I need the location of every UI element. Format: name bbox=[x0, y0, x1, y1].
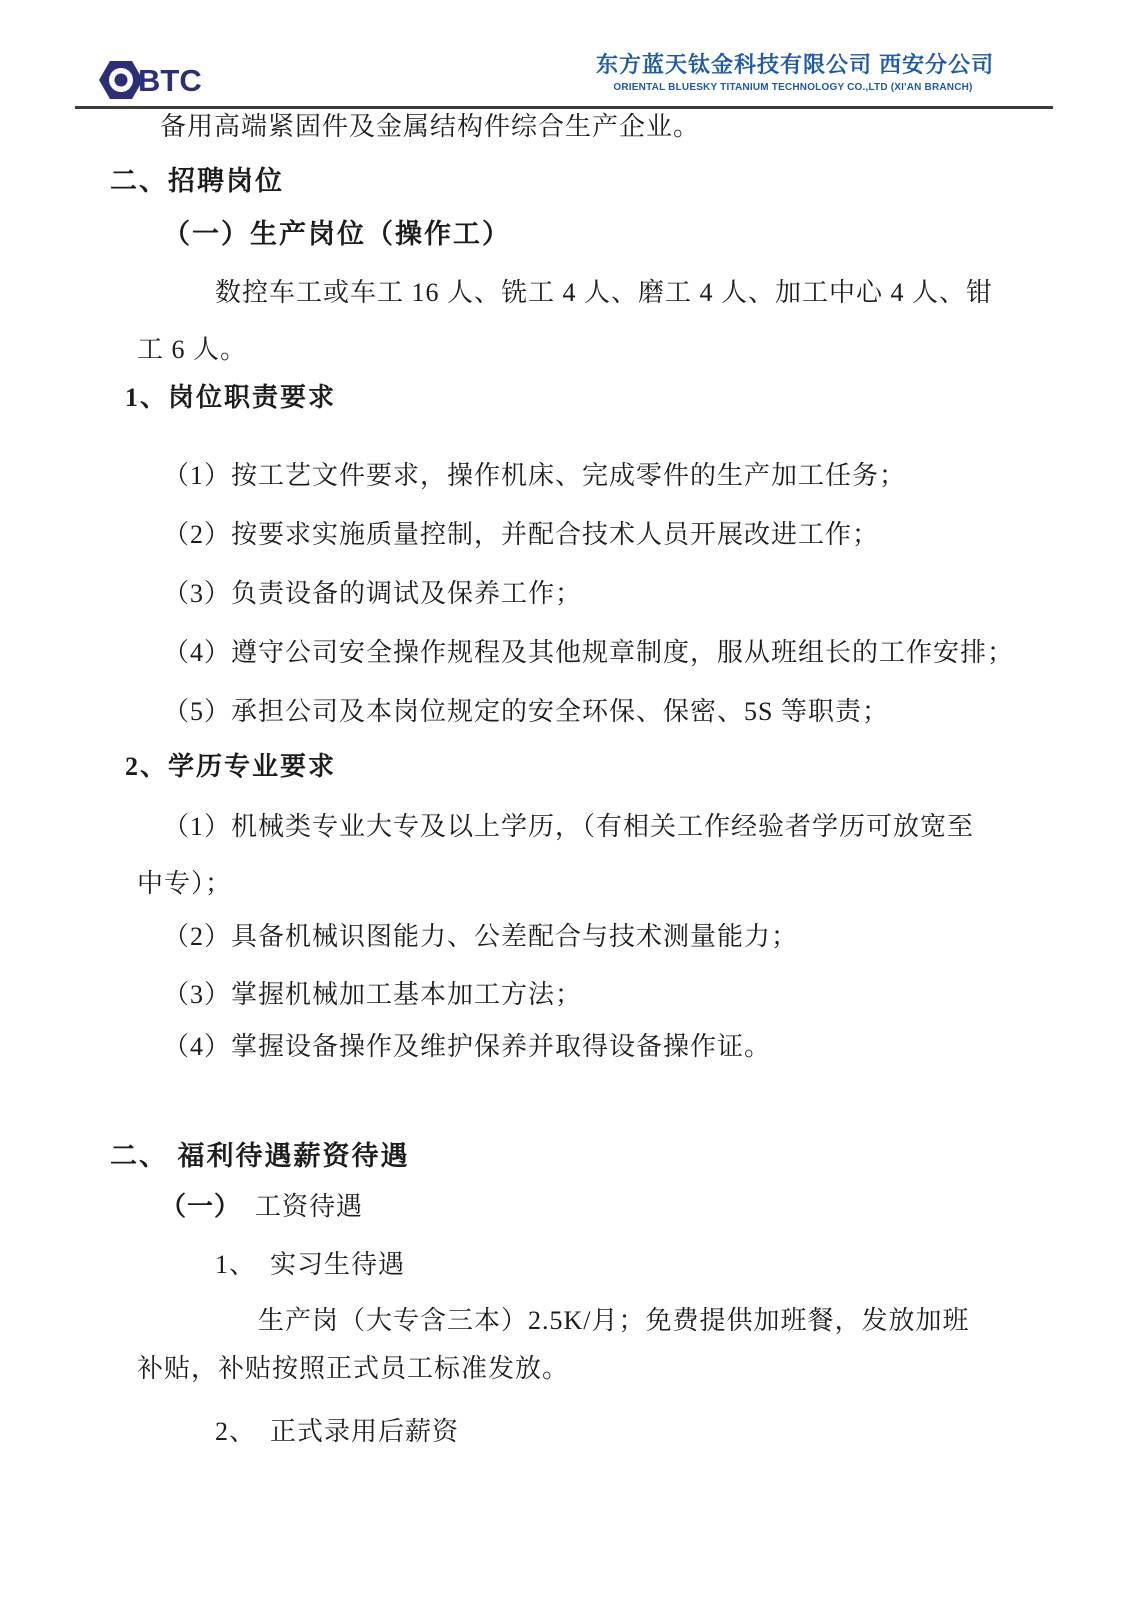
salary-heading-number: （一） bbox=[160, 1192, 228, 1221]
list-item-duty-3: （3）负责设备的调试及保养工作； bbox=[163, 579, 582, 609]
body-line-intern-pay-2: 补贴，补贴按照正式员工标准发放。 bbox=[137, 1354, 569, 1384]
list-item-duty-4: （4）遵守公司安全操作规程及其他规章制度，服从班组长的工作安排； bbox=[163, 638, 1014, 668]
list-item-edu-4: （4）掌握设备操作及维护保养并取得设备操作证。 bbox=[163, 1032, 771, 1062]
subsection-heading-salary: （一） 工资待遇 bbox=[160, 1192, 363, 1222]
intro-line: 备用高端紧固件及金属结构件综合生产企业。 bbox=[160, 112, 700, 142]
company-name-block: 东方蓝天钛金科技有限公司 西安分公司 ORIENTAL BLUESKY TITA… bbox=[596, 52, 990, 94]
body-line-headcount-2: 工 6 人。 bbox=[137, 335, 247, 365]
body-line-intern-pay-1: 生产岗（大专含三本）2.5K/月；免费提供加班餐，发放加班 bbox=[258, 1306, 970, 1336]
list-item-edu-1b: 中专）； bbox=[137, 869, 232, 899]
body-line-headcount-1: 数控车工或车工 16 人、铣工 4 人、磨工 4 人、加工中心 4 人、钳 bbox=[215, 278, 993, 308]
header-divider bbox=[75, 106, 1053, 109]
list-item-edu-1a: （1）机械类专业大专及以上学历，（有相关工作经验者学历可放宽至 bbox=[163, 812, 974, 842]
company-name-cn: 东方蓝天钛金科技有限公司 西安分公司 bbox=[596, 52, 990, 78]
list-item-edu-2: （2）具备机械识图能力、公差配合与技术测量能力； bbox=[163, 922, 798, 952]
document-page: BTC 东方蓝天钛金科技有限公司 西安分公司 ORIENTAL BLUESKY … bbox=[0, 0, 1131, 1600]
company-name-en: ORIENTAL BLUESKY TITANIUM TECHNOLOGY CO.… bbox=[596, 81, 990, 94]
salary-heading-label: 工资待遇 bbox=[228, 1192, 363, 1221]
section-heading-benefits: 二、 福利待遇薪资待遇 bbox=[110, 1141, 410, 1172]
heading-duties: 1、岗位职责要求 bbox=[125, 383, 336, 413]
heading-formal-salary: 2、 正式录用后薪资 bbox=[215, 1417, 459, 1447]
heading-education: 2、学历专业要求 bbox=[125, 752, 336, 782]
list-item-edu-3: （3）掌握机械加工基本加工方法； bbox=[163, 980, 582, 1010]
list-item-duty-5: （5）承担公司及本岗位规定的安全环保、保密、5S 等职责； bbox=[163, 697, 889, 727]
hex-nut-icon: BTC bbox=[98, 57, 216, 103]
heading-intern-pay: 1、 实习生待遇 bbox=[215, 1250, 405, 1280]
logo: BTC bbox=[98, 57, 216, 103]
subsection-heading-production: （一）生产岗位（操作工） bbox=[163, 219, 511, 250]
list-item-duty-2: （2）按要求实施质量控制，并配合技术人员开展改进工作； bbox=[163, 520, 879, 550]
list-item-duty-1: （1）按工艺文件要求，操作机床、完成零件的生产加工任务； bbox=[163, 461, 906, 491]
logo-text: BTC bbox=[138, 63, 202, 98]
section-heading-recruit: 二、招聘岗位 bbox=[110, 166, 284, 197]
